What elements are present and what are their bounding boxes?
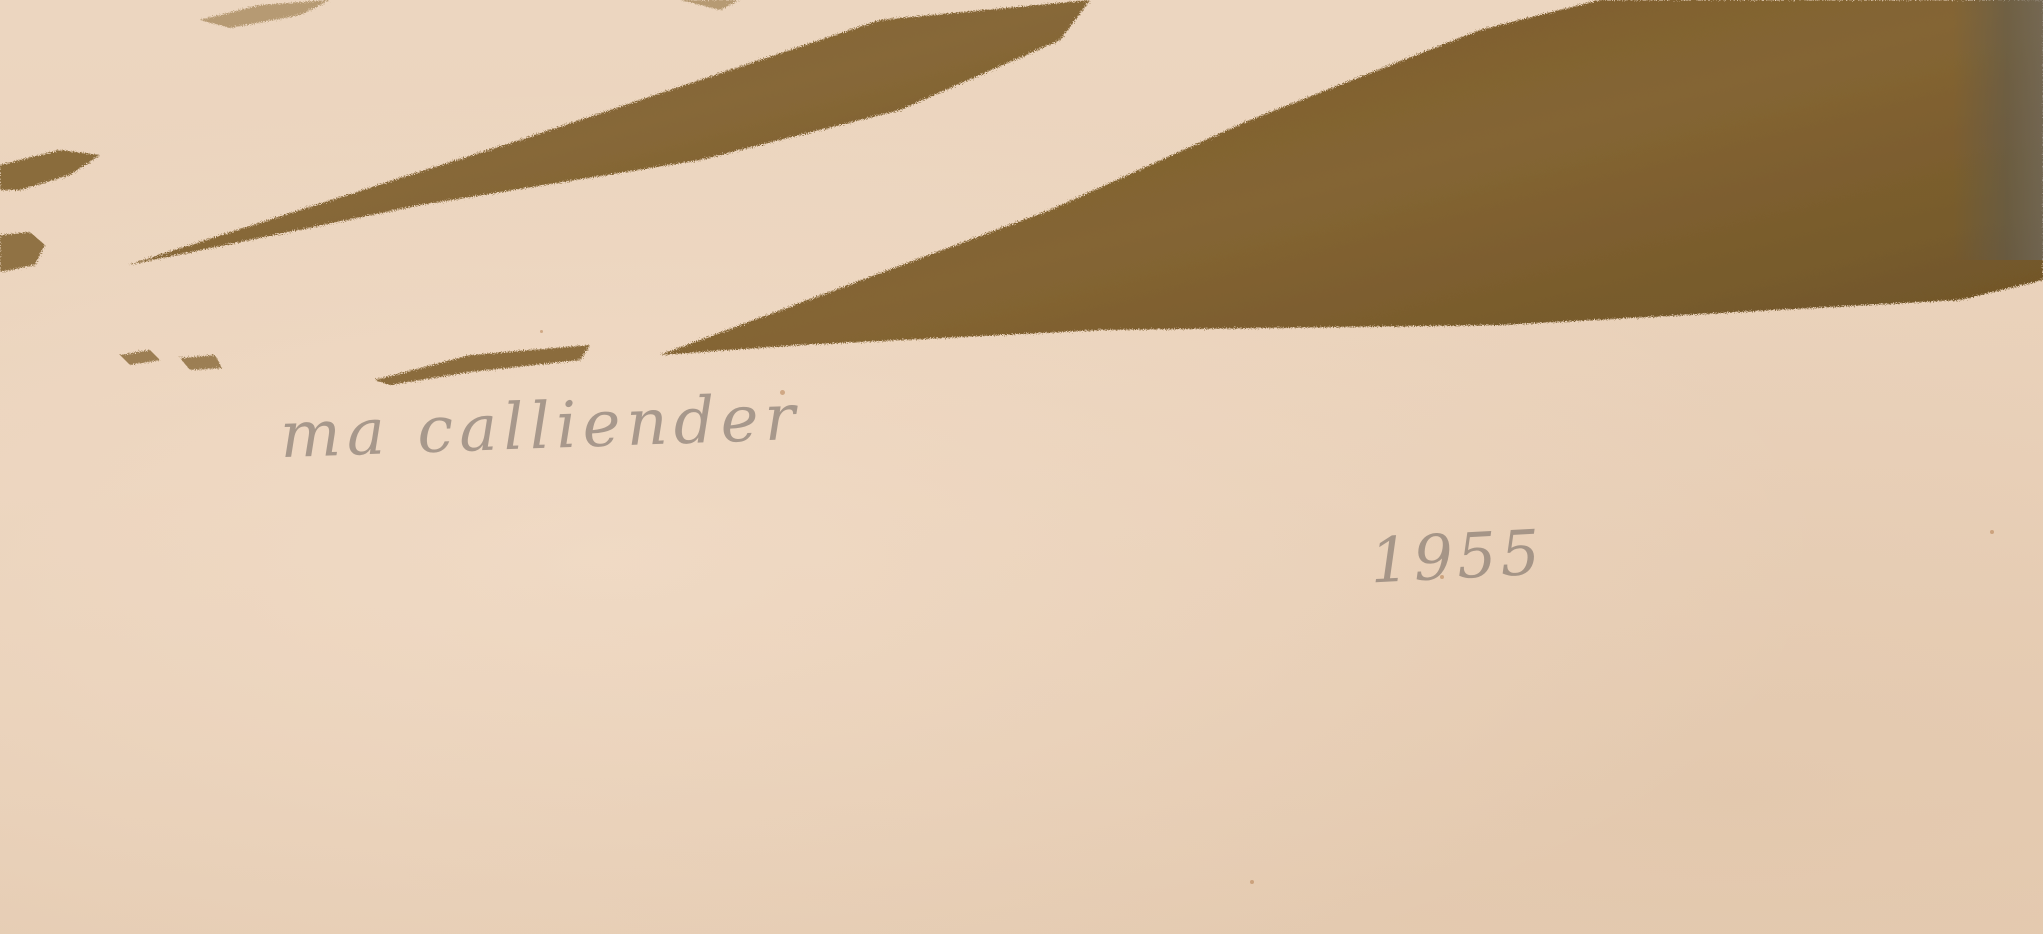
paper-speck	[1990, 530, 1994, 534]
paper-speck	[780, 390, 785, 395]
left-ink-mark-bottom	[0, 232, 45, 272]
faint-ink-marks-top	[200, 0, 740, 28]
paper-speck	[1250, 880, 1254, 884]
paper-background: ma calliender 1955	[0, 0, 2043, 934]
photo-glare-edge	[1953, 0, 2043, 260]
diagonal-ink-stroke	[128, 0, 1090, 265]
short-ink-stroke	[375, 345, 590, 385]
pencil-year: 1955	[1368, 516, 1545, 598]
paper-speck	[540, 330, 543, 333]
left-ink-mark-top	[0, 150, 100, 190]
tiny-ink-mark	[120, 350, 222, 370]
paper-speck	[1440, 575, 1444, 579]
